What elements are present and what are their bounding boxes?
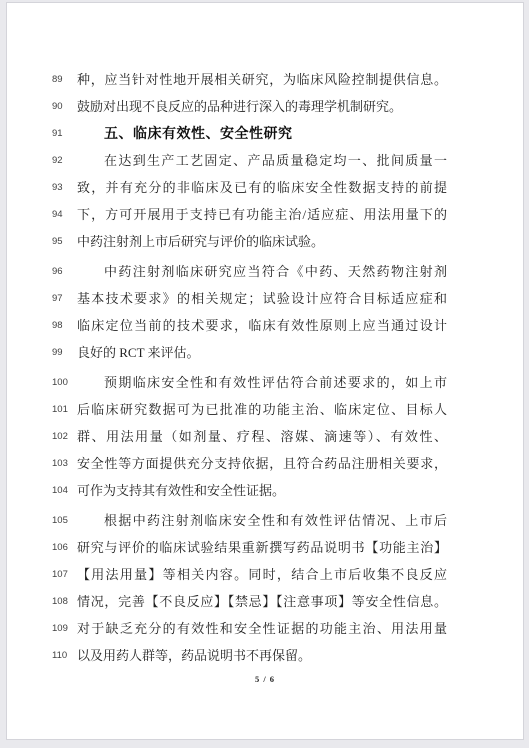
- page-number-indicator: 5 / 6: [7, 674, 523, 684]
- document-line: 99良好的 RCT 来评估。: [52, 339, 523, 366]
- line-text: 安全性等方面提供充分支持依据，且符合药品注册相关要求，: [77, 450, 447, 477]
- line-number: 104: [52, 477, 77, 504]
- line-text: 种，应当针对性地开展相关研究，为临床风险控制提供信息。: [77, 66, 447, 93]
- line-number: 89: [52, 66, 77, 93]
- line-text: 可作为支持其有效性和安全性证据。: [77, 477, 447, 504]
- line-text: 中药注射剂临床研究应当符合《中药、天然药物注射剂: [77, 258, 447, 285]
- document-line: 96中药注射剂临床研究应当符合《中药、天然药物注射剂: [52, 258, 523, 285]
- line-text: 中药注射剂上市后研究与评价的临床试验。: [77, 228, 447, 255]
- line-number: 107: [52, 561, 77, 588]
- document-line: 110以及用药人群等，药品说明书不再保留。: [52, 642, 523, 669]
- line-number: 103: [52, 450, 77, 477]
- document-line: 97基本技术要求》的相关规定；试验设计应符合目标适应症和: [52, 285, 523, 312]
- document-line: 101后临床研究数据可为已批准的功能主治、临床定位、目标人: [52, 396, 523, 423]
- document-line: 92在达到生产工艺固定、产品质量稳定均一、批间质量一: [52, 147, 523, 174]
- document-line: 105根据中药注射剂临床安全性和有效性评估情况、上市后: [52, 507, 523, 534]
- line-text: 【用法用量】等相关内容。同时，结合上市后收集不良反应: [77, 561, 447, 588]
- document-line: 98临床定位当前的技术要求，临床有效性原则上应当通过设计: [52, 312, 523, 339]
- line-text: 鼓励对出现不良反应的品种进行深入的毒理学机制研究。: [77, 93, 447, 120]
- section-heading: 五、临床有效性、安全性研究: [77, 120, 447, 147]
- line-text: 研究与评价的临床试验结果重新撰写药品说明书【功能主治】: [77, 534, 447, 561]
- line-text: 群、用法用量（如剂量、疗程、溶媒、滴速等）、有效性、: [77, 423, 447, 450]
- document-line: 108情况，完善【不良反应】【禁忌】【注意事项】等安全性信息。: [52, 588, 523, 615]
- line-number: 93: [52, 174, 77, 201]
- line-text: 根据中药注射剂临床安全性和有效性评估情况、上市后: [77, 507, 447, 534]
- line-number: 97: [52, 285, 77, 312]
- document-line: 95中药注射剂上市后研究与评价的临床试验。: [52, 228, 523, 255]
- line-number: 110: [52, 642, 77, 669]
- line-number: 98: [52, 312, 77, 339]
- line-text: 预期临床安全性和有效性评估符合前述要求的，如上市: [77, 369, 447, 396]
- line-text: 在达到生产工艺固定、产品质量稳定均一、批间质量一: [77, 147, 447, 174]
- line-text: 以及用药人群等，药品说明书不再保留。: [77, 642, 447, 669]
- line-number: 94: [52, 201, 77, 228]
- document-line: 89种，应当针对性地开展相关研究，为临床风险控制提供信息。: [52, 66, 523, 93]
- document-line: 107【用法用量】等相关内容。同时，结合上市后收集不良反应: [52, 561, 523, 588]
- line-text: 临床定位当前的技术要求，临床有效性原则上应当通过设计: [77, 312, 447, 339]
- document-line: 93致，并有充分的非临床及已有的临床安全性数据支持的前提: [52, 174, 523, 201]
- line-number: 102: [52, 423, 77, 450]
- document-line: 94下，方可开展用于支持已有功能主治/适应症、用法用量下的: [52, 201, 523, 228]
- line-number: 100: [52, 369, 77, 396]
- line-text: 后临床研究数据可为已批准的功能主治、临床定位、目标人: [77, 396, 447, 423]
- document-line: 109对于缺乏充分的有效性和安全性证据的功能主治、用法用量: [52, 615, 523, 642]
- document-body: 89种，应当针对性地开展相关研究，为临床风险控制提供信息。90鼓励对出现不良反应…: [7, 3, 523, 669]
- line-text: 对于缺乏充分的有效性和安全性证据的功能主治、用法用量: [77, 615, 447, 642]
- document-line: 104可作为支持其有效性和安全性证据。: [52, 477, 523, 504]
- line-text: 下，方可开展用于支持已有功能主治/适应症、用法用量下的: [77, 201, 447, 228]
- line-text: 情况，完善【不良反应】【禁忌】【注意事项】等安全性信息。: [77, 588, 447, 615]
- line-number: 95: [52, 228, 77, 255]
- document-line: 102群、用法用量（如剂量、疗程、溶媒、滴速等）、有效性、: [52, 423, 523, 450]
- line-number: 92: [52, 147, 77, 174]
- line-text: 致，并有充分的非临床及已有的临床安全性数据支持的前提: [77, 174, 447, 201]
- line-number: 106: [52, 534, 77, 561]
- document-line: 103安全性等方面提供充分支持依据，且符合药品注册相关要求，: [52, 450, 523, 477]
- document-line: 100预期临床安全性和有效性评估符合前述要求的，如上市: [52, 369, 523, 396]
- line-number: 99: [52, 339, 77, 366]
- line-number: 109: [52, 615, 77, 642]
- line-number: 105: [52, 507, 77, 534]
- document-line: 91五、临床有效性、安全性研究: [52, 120, 523, 147]
- line-number: 101: [52, 396, 77, 423]
- line-number: 108: [52, 588, 77, 615]
- line-number: 96: [52, 258, 77, 285]
- document-line: 106研究与评价的临床试验结果重新撰写药品说明书【功能主治】: [52, 534, 523, 561]
- line-text: 良好的 RCT 来评估。: [77, 339, 447, 366]
- document-page: 89种，应当针对性地开展相关研究，为临床风险控制提供信息。90鼓励对出现不良反应…: [6, 2, 524, 740]
- line-number: 90: [52, 93, 77, 120]
- document-line: 90鼓励对出现不良反应的品种进行深入的毒理学机制研究。: [52, 93, 523, 120]
- line-text: 基本技术要求》的相关规定；试验设计应符合目标适应症和: [77, 285, 447, 312]
- line-number: 91: [52, 120, 77, 147]
